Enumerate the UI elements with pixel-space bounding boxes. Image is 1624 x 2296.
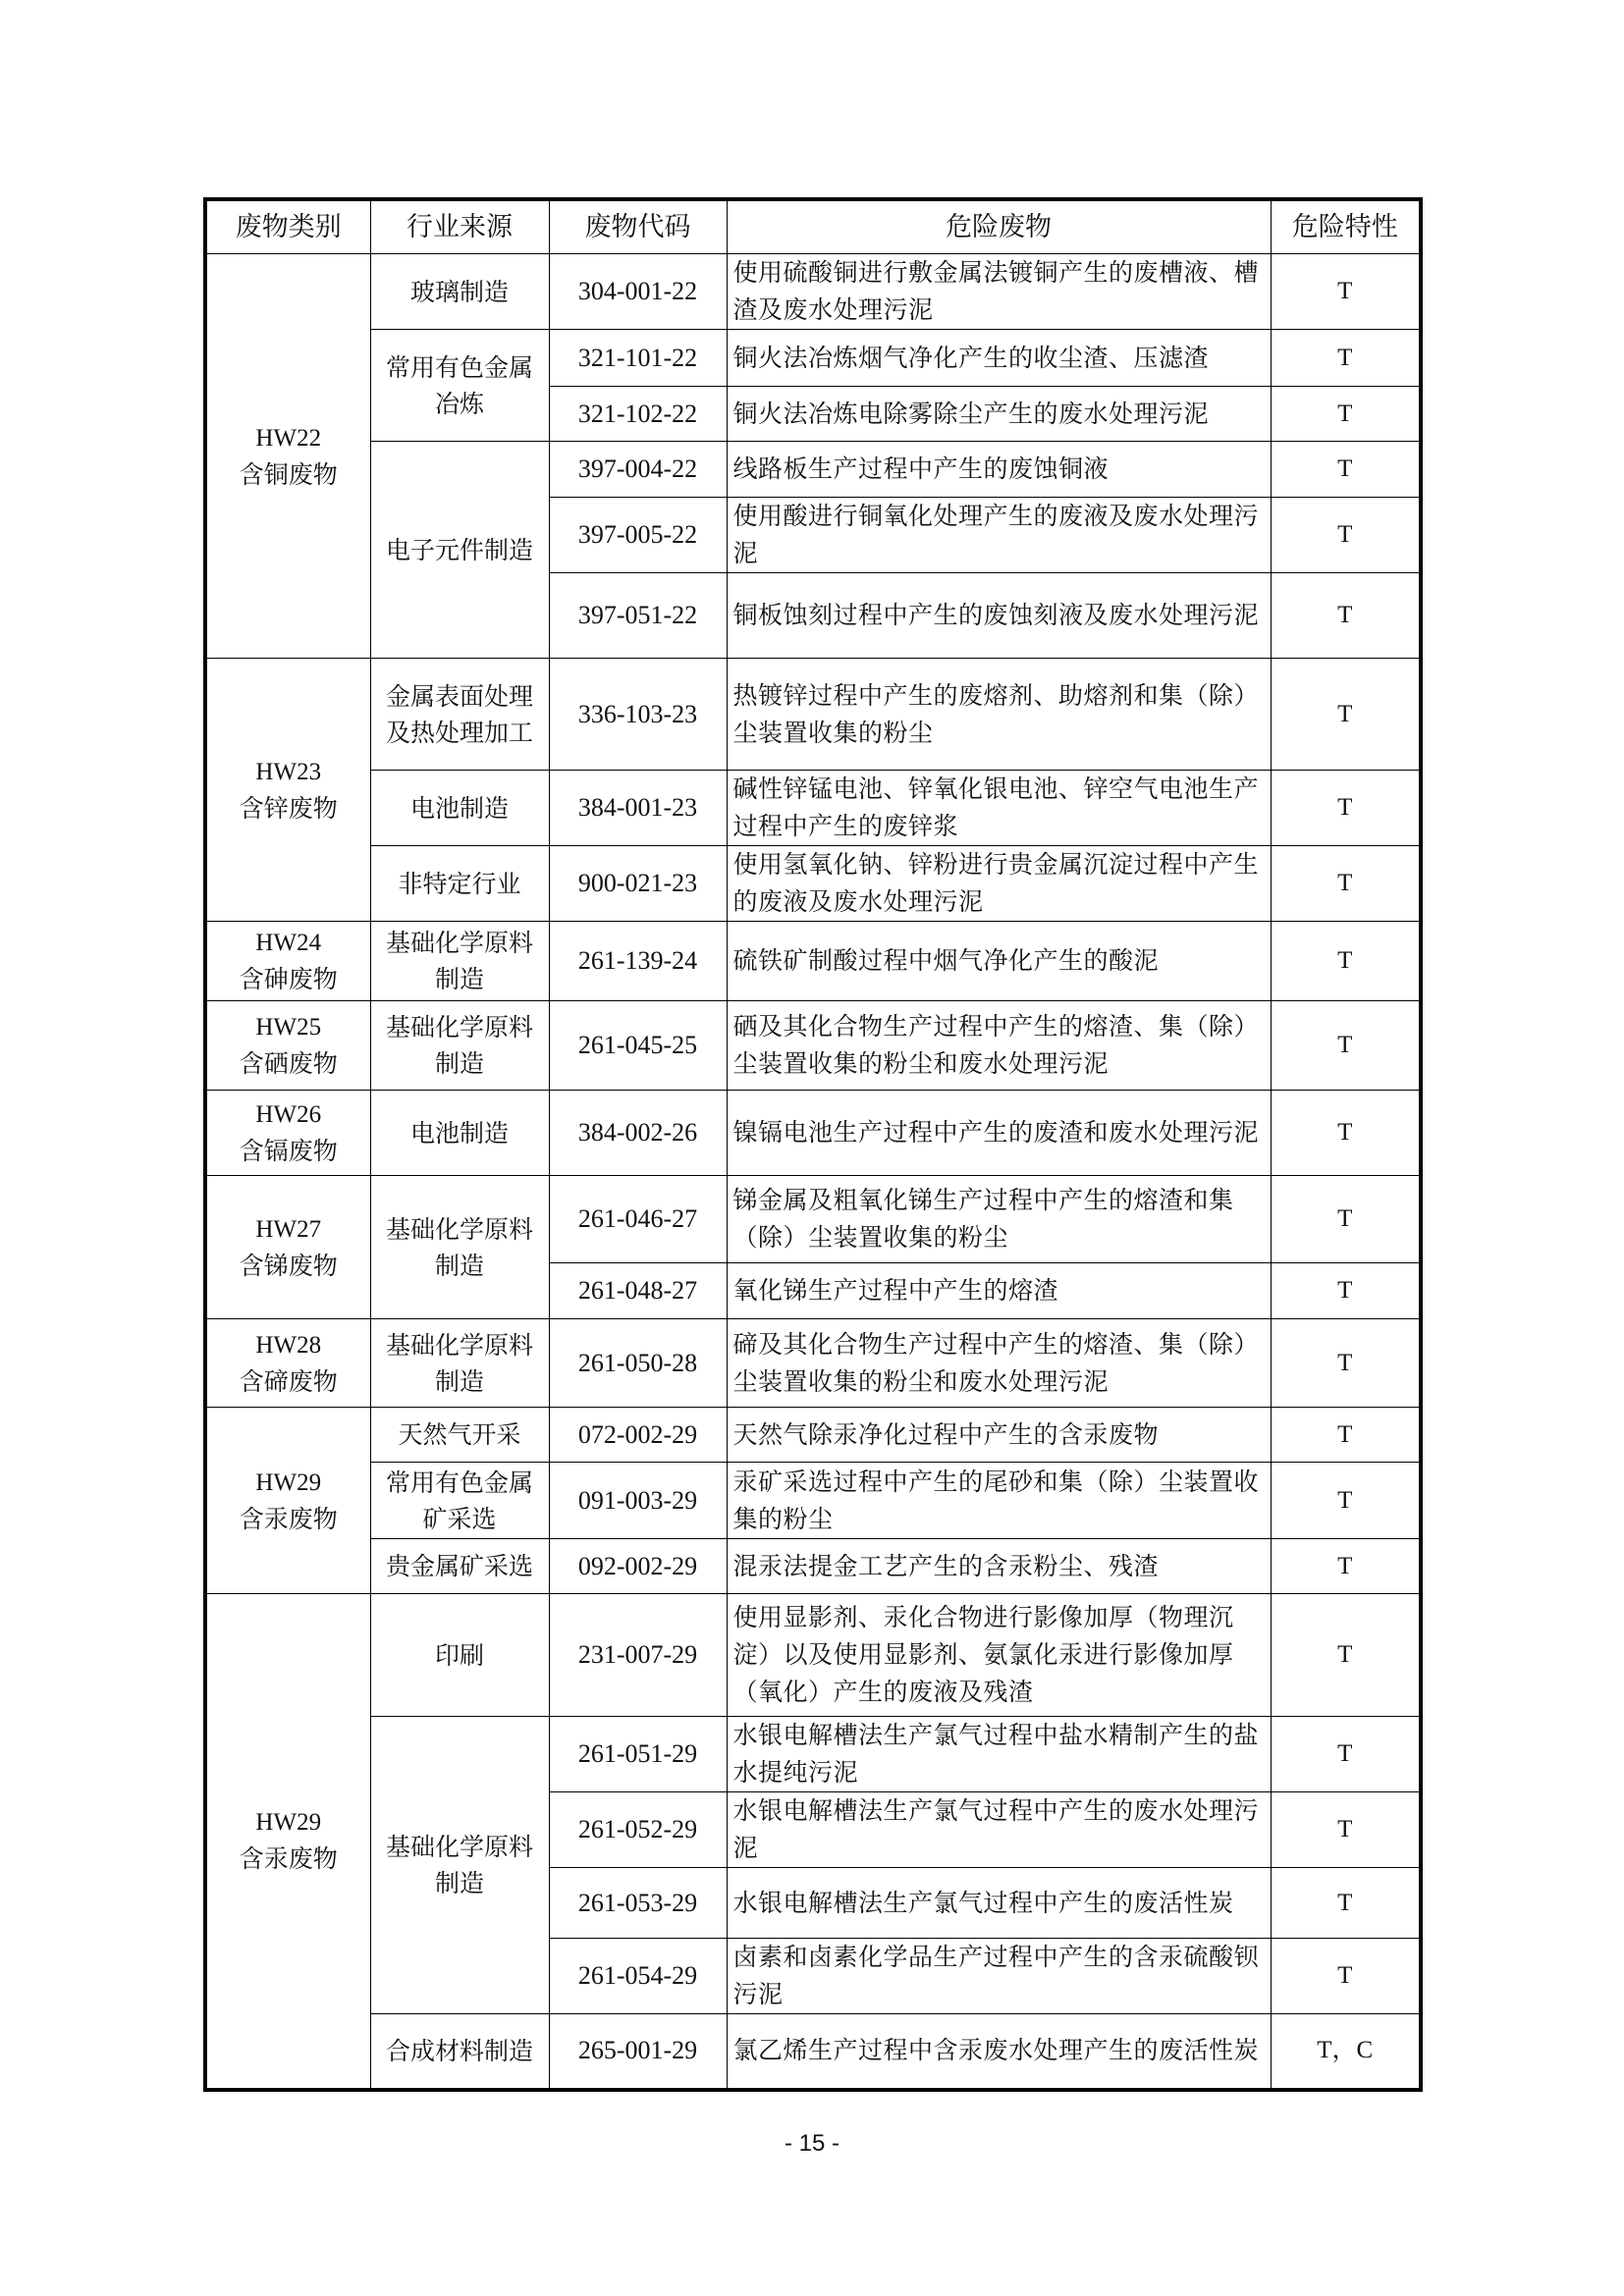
hazardous-waste-description-cell: 使用酸进行铜氧化处理产生的废液及废水处理污泥 [727, 498, 1271, 573]
table-body: HW22含铜废物玻璃制造304-001-22使用硫酸铜进行敷金属法镀铜产生的废槽… [205, 254, 1421, 2090]
hazardous-waste-description-cell: 铜火法冶炼电除雾除尘产生的废水处理污泥 [727, 387, 1271, 442]
category-name: 含汞废物 [211, 1841, 366, 1877]
hazard-property-cell: T [1271, 1868, 1421, 1939]
hazard-property-cell: T [1271, 498, 1421, 573]
table-row: 常用有色金属冶炼321-101-22铜火法冶炼烟气净化产生的收尘渣、压滤渣T [205, 330, 1421, 387]
category-name: 含锌废物 [211, 790, 366, 827]
table-row: 基础化学原料制造261-051-29水银电解槽法生产氯气过程中盐水精制产生的盐水… [205, 1717, 1421, 1792]
waste-code-cell: 261-053-29 [549, 1868, 727, 1939]
hazard-property-cell: T [1271, 1319, 1421, 1408]
category-code: HW24 [211, 925, 366, 961]
waste-code-cell: 336-103-23 [549, 659, 727, 771]
category-code: HW26 [211, 1096, 366, 1133]
waste-category-cell: HW29含汞废物 [205, 1408, 370, 1594]
hazardous-waste-description-cell: 锑金属及粗氧化锑生产过程中产生的熔渣和集（除）尘装置收集的粉尘 [727, 1176, 1271, 1263]
hazard-property-cell: T [1271, 254, 1421, 330]
waste-code-cell: 261-052-29 [549, 1792, 727, 1868]
industry-source-cell: 非特定行业 [370, 846, 549, 922]
hazard-property-cell: T [1271, 330, 1421, 387]
hazard-property-cell: T，C [1271, 2014, 1421, 2090]
table-row: HW29含汞废物印刷231-007-29使用显影剂、汞化合物进行影像加厚（物理沉… [205, 1594, 1421, 1717]
waste-code-cell: 261-048-27 [549, 1263, 727, 1319]
header-hazard-property: 危险特性 [1271, 199, 1421, 254]
industry-source-cell: 电池制造 [370, 771, 549, 846]
waste-code-cell: 265-001-29 [549, 2014, 727, 2090]
waste-code-cell: 321-101-22 [549, 330, 727, 387]
industry-source-cell: 基础化学原料制造 [370, 922, 549, 1001]
hazardous-waste-description-cell: 镍镉电池生产过程中产生的废渣和废水处理污泥 [727, 1091, 1271, 1176]
hazardous-waste-description-cell: 卤素和卤素化学品生产过程中产生的含汞硫酸钡污泥 [727, 1939, 1271, 2014]
table-row: 电子元件制造397-004-22线路板生产过程中产生的废蚀铜液T [205, 442, 1421, 498]
hazardous-waste-description-cell: 天然气除汞净化过程中产生的含汞废物 [727, 1408, 1271, 1463]
hazardous-waste-description-cell: 碲及其化合物生产过程中产生的熔渣、集（除）尘装置收集的粉尘和废水处理污泥 [727, 1319, 1271, 1408]
waste-code-cell: 261-045-25 [549, 1001, 727, 1091]
category-name: 含硒废物 [211, 1045, 366, 1082]
hazard-property-cell: T [1271, 1001, 1421, 1091]
industry-source-cell: 印刷 [370, 1594, 549, 1717]
header-category: 废物类别 [205, 199, 370, 254]
table-row: 电池制造384-001-23碱性锌锰电池、锌氧化银电池、锌空气电池生产过程中产生… [205, 771, 1421, 846]
table-row: HW28含碲废物基础化学原料制造261-050-28碲及其化合物生产过程中产生的… [205, 1319, 1421, 1408]
waste-code-cell: 072-002-29 [549, 1408, 727, 1463]
table-row: 贵金属矿采选092-002-29混汞法提金工艺产生的含汞粉尘、残渣T [205, 1539, 1421, 1594]
industry-source-cell: 基础化学原料制造 [370, 1717, 549, 2014]
waste-category-cell: HW27含锑废物 [205, 1176, 370, 1319]
hazardous-waste-description-cell: 碱性锌锰电池、锌氧化银电池、锌空气电池生产过程中产生的废锌浆 [727, 771, 1271, 846]
table-row: HW23含锌废物金属表面处理及热处理加工336-103-23热镀锌过程中产生的废… [205, 659, 1421, 771]
hazardous-waste-description-cell: 汞矿采选过程中产生的尾砂和集（除）尘装置收集的粉尘 [727, 1463, 1271, 1539]
category-name: 含锑废物 [211, 1248, 366, 1284]
category-code: HW29 [211, 1465, 366, 1501]
category-name: 含铜废物 [211, 456, 366, 493]
hazard-property-cell: T [1271, 387, 1421, 442]
waste-code-cell: 231-007-29 [549, 1594, 727, 1717]
hazard-property-cell: T [1271, 442, 1421, 498]
category-code: HW25 [211, 1009, 366, 1045]
hazard-property-cell: T [1271, 1717, 1421, 1792]
waste-category-cell: HW29含汞废物 [205, 1594, 370, 2090]
hazardous-waste-description-cell: 线路板生产过程中产生的废蚀铜液 [727, 442, 1271, 498]
hazardous-waste-description-cell: 铜板蚀刻过程中产生的废蚀刻液及废水处理污泥 [727, 573, 1271, 659]
industry-source-cell: 电池制造 [370, 1091, 549, 1176]
table-row: 非特定行业900-021-23使用氢氧化钠、锌粉进行贵金属沉淀过程中产生的废液及… [205, 846, 1421, 922]
industry-source-cell: 基础化学原料制造 [370, 1176, 549, 1319]
table-header-row: 废物类别 行业来源 废物代码 危险废物 危险特性 [205, 199, 1421, 254]
waste-category-cell: HW23含锌废物 [205, 659, 370, 922]
hazard-property-cell: T [1271, 1539, 1421, 1594]
waste-code-cell: 092-002-29 [549, 1539, 727, 1594]
waste-code-cell: 384-002-26 [549, 1091, 727, 1176]
category-name: 含镉废物 [211, 1133, 366, 1169]
hazard-property-cell: T [1271, 1792, 1421, 1868]
waste-category-cell: HW25含硒废物 [205, 1001, 370, 1091]
waste-code-cell: 261-054-29 [549, 1939, 727, 2014]
category-name: 含碲废物 [211, 1363, 366, 1400]
industry-source-cell: 玻璃制造 [370, 254, 549, 330]
category-code: HW23 [211, 754, 366, 790]
hazardous-waste-description-cell: 氧化锑生产过程中产生的熔渣 [727, 1263, 1271, 1319]
table-row: HW27含锑废物基础化学原料制造261-046-27锑金属及粗氧化锑生产过程中产… [205, 1176, 1421, 1263]
hazardous-waste-description-cell: 水银电解槽法生产氯气过程中产生的废水处理污泥 [727, 1792, 1271, 1868]
category-code: HW27 [211, 1211, 366, 1248]
table-row: HW24含砷废物基础化学原料制造261-139-24硫铁矿制酸过程中烟气净化产生… [205, 922, 1421, 1001]
waste-code-cell: 261-051-29 [549, 1717, 727, 1792]
industry-source-cell: 合成材料制造 [370, 2014, 549, 2090]
hazardous-waste-description-cell: 使用硫酸铜进行敷金属法镀铜产生的废槽液、槽渣及废水处理污泥 [727, 254, 1271, 330]
waste-code-cell: 397-005-22 [549, 498, 727, 573]
table-row: 常用有色金属矿采选091-003-29汞矿采选过程中产生的尾砂和集（除）尘装置收… [205, 1463, 1421, 1539]
waste-code-cell: 261-046-27 [549, 1176, 727, 1263]
waste-code-cell: 261-139-24 [549, 922, 727, 1001]
table-row: HW29含汞废物天然气开采072-002-29天然气除汞净化过程中产生的含汞废物… [205, 1408, 1421, 1463]
hazardous-waste-description-cell: 氯乙烯生产过程中含汞废水处理产生的废活性炭 [727, 2014, 1271, 2090]
waste-code-cell: 900-021-23 [549, 846, 727, 922]
waste-category-cell: HW28含碲废物 [205, 1319, 370, 1408]
industry-source-cell: 基础化学原料制造 [370, 1001, 549, 1091]
page-number: - 15 - [0, 2130, 1624, 2158]
industry-source-cell: 天然气开采 [370, 1408, 549, 1463]
industry-source-cell: 基础化学原料制造 [370, 1319, 549, 1408]
waste-code-cell: 397-051-22 [549, 573, 727, 659]
hazard-property-cell: T [1271, 1263, 1421, 1319]
industry-source-cell: 贵金属矿采选 [370, 1539, 549, 1594]
hazard-property-cell: T [1271, 659, 1421, 771]
hazardous-waste-description-cell: 水银电解槽法生产氯气过程中盐水精制产生的盐水提纯污泥 [727, 1717, 1271, 1792]
hazardous-waste-description-cell: 使用氢氧化钠、锌粉进行贵金属沉淀过程中产生的废液及废水处理污泥 [727, 846, 1271, 922]
table-row: HW22含铜废物玻璃制造304-001-22使用硫酸铜进行敷金属法镀铜产生的废槽… [205, 254, 1421, 330]
category-name: 含汞废物 [211, 1501, 366, 1537]
header-hazardous-waste: 危险废物 [727, 199, 1271, 254]
waste-code-cell: 397-004-22 [549, 442, 727, 498]
hazardous-waste-description-cell: 硫铁矿制酸过程中烟气净化产生的酸泥 [727, 922, 1271, 1001]
category-code: HW28 [211, 1327, 366, 1363]
hazard-property-cell: T [1271, 846, 1421, 922]
industry-source-cell: 电子元件制造 [370, 442, 549, 659]
industry-source-cell: 常用有色金属矿采选 [370, 1463, 549, 1539]
waste-code-cell: 384-001-23 [549, 771, 727, 846]
waste-code-cell: 304-001-22 [549, 254, 727, 330]
header-waste-code: 废物代码 [549, 199, 727, 254]
hazardous-waste-description-cell: 使用显影剂、汞化合物进行影像加厚（物理沉淀）以及使用显影剂、氨氯化汞进行影像加厚… [727, 1594, 1271, 1717]
category-code: HW29 [211, 1804, 366, 1841]
table-row: 合成材料制造265-001-29氯乙烯生产过程中含汞废水处理产生的废活性炭T，C [205, 2014, 1421, 2090]
header-industry-source: 行业来源 [370, 199, 549, 254]
industry-source-cell: 金属表面处理及热处理加工 [370, 659, 549, 771]
hazard-property-cell: T [1271, 573, 1421, 659]
industry-source-cell: 常用有色金属冶炼 [370, 330, 549, 442]
hazard-property-cell: T [1271, 771, 1421, 846]
waste-category-cell: HW22含铜废物 [205, 254, 370, 659]
hazard-property-cell: T [1271, 922, 1421, 1001]
hazardous-waste-description-cell: 热镀锌过程中产生的废熔剂、助熔剂和集（除）尘装置收集的粉尘 [727, 659, 1271, 771]
waste-category-cell: HW24含砷废物 [205, 922, 370, 1001]
waste-code-cell: 091-003-29 [549, 1463, 727, 1539]
hazardous-waste-description-cell: 水银电解槽法生产氯气过程中产生的废活性炭 [727, 1868, 1271, 1939]
category-code: HW22 [211, 420, 366, 456]
hazard-property-cell: T [1271, 1939, 1421, 2014]
table-row: HW25含硒废物基础化学原料制造261-045-25硒及其化合物生产过程中产生的… [205, 1001, 1421, 1091]
waste-category-cell: HW26含镉废物 [205, 1091, 370, 1176]
hazard-property-cell: T [1271, 1463, 1421, 1539]
hazard-property-cell: T [1271, 1176, 1421, 1263]
hazardous-waste-description-cell: 铜火法冶炼烟气净化产生的收尘渣、压滤渣 [727, 330, 1271, 387]
waste-code-cell: 321-102-22 [549, 387, 727, 442]
category-name: 含砷废物 [211, 961, 366, 997]
hazardous-waste-description-cell: 硒及其化合物生产过程中产生的熔渣、集（除）尘装置收集的粉尘和废水处理污泥 [727, 1001, 1271, 1091]
hazard-property-cell: T [1271, 1594, 1421, 1717]
hazardous-waste-description-cell: 混汞法提金工艺产生的含汞粉尘、残渣 [727, 1539, 1271, 1594]
hazard-property-cell: T [1271, 1091, 1421, 1176]
hazardous-waste-table: 废物类别 行业来源 废物代码 危险废物 危险特性 HW22含铜废物玻璃制造304… [203, 197, 1423, 2092]
hazard-property-cell: T [1271, 1408, 1421, 1463]
table-row: HW26含镉废物电池制造384-002-26镍镉电池生产过程中产生的废渣和废水处… [205, 1091, 1421, 1176]
waste-code-cell: 261-050-28 [549, 1319, 727, 1408]
